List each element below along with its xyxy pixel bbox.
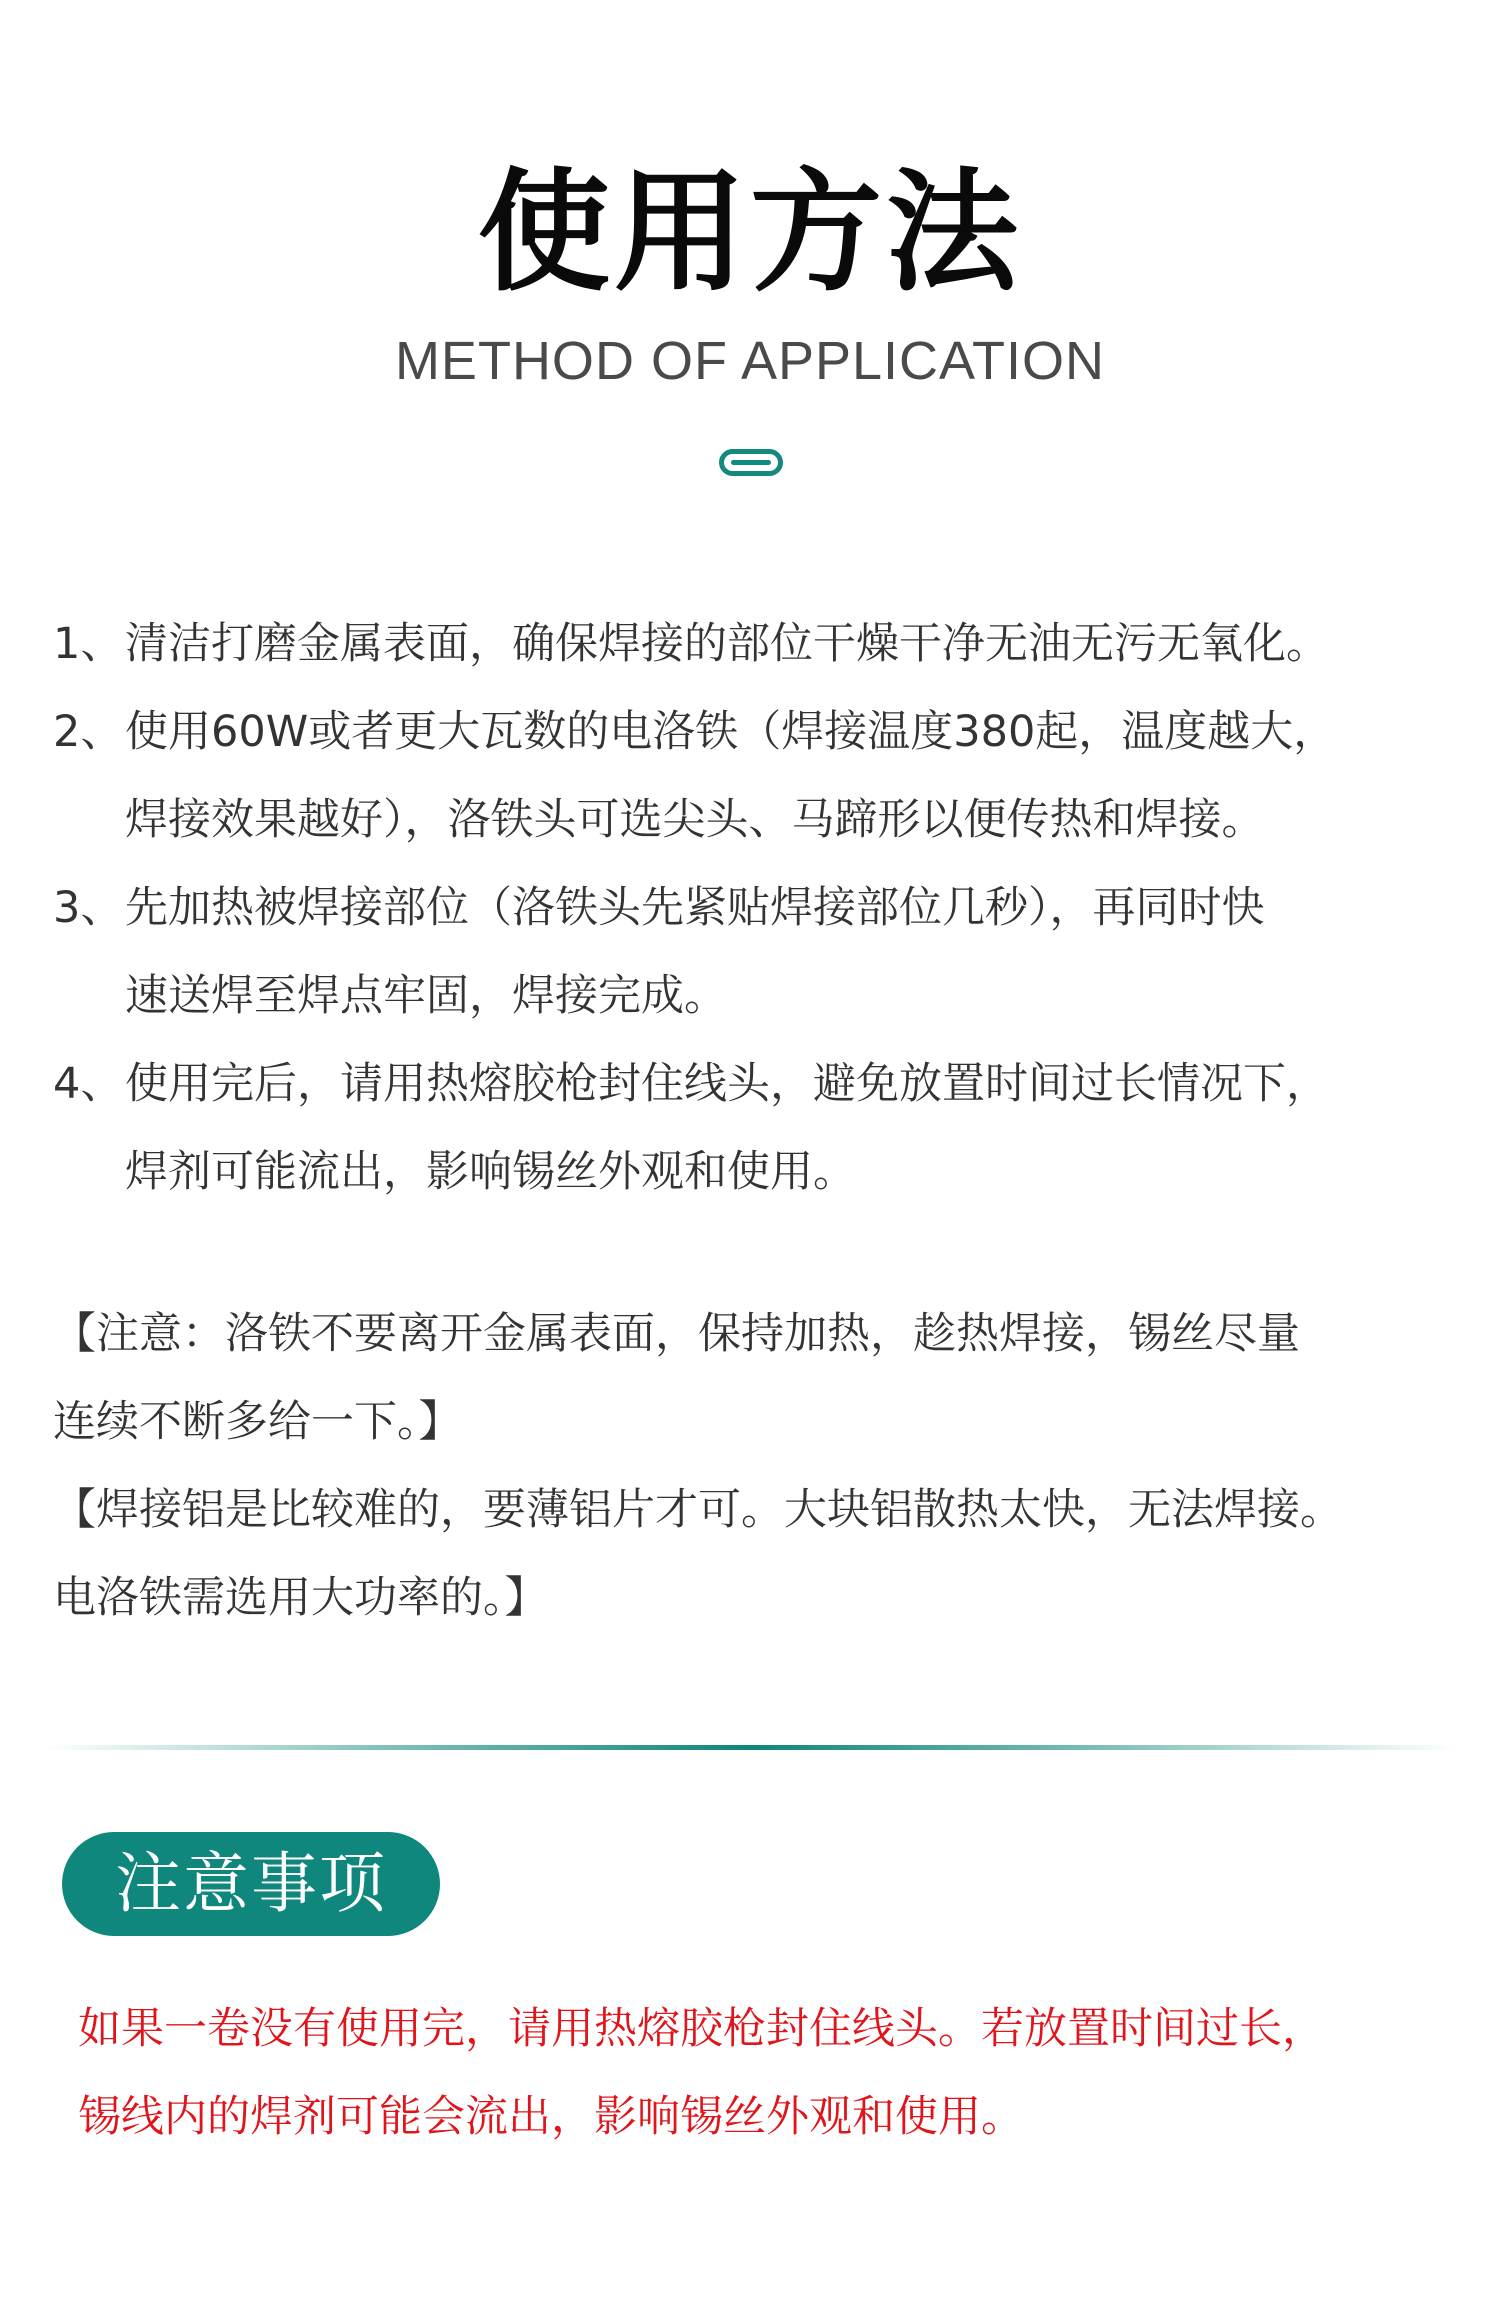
caution-line: 锡线内的焊剂可能会流出，影响锡丝外观和使用。 xyxy=(78,2073,1478,2161)
step-text: 使用完后，请用热熔胶枪封住线头，避免放置时间过长情况下， 焊剂可能流出，影响锡丝… xyxy=(125,1040,1473,1216)
caution-line: 如果一卷没有使用完，请用热熔胶枪封住线头。若放置时间过长， xyxy=(78,1985,1478,2073)
step-item: 3、 先加热被焊接部位（洛铁头先紧贴焊接部位几秒），再同时快 速送焊至焊点牢固，… xyxy=(53,864,1473,1040)
step-item: 2、 使用60W或者更大瓦数的电洛铁（焊接温度380起，温度越大， 焊接效果越好… xyxy=(53,688,1473,864)
step-item: 4、 使用完后，请用热熔胶枪封住线头，避免放置时间过长情况下， 焊剂可能流出，影… xyxy=(53,1040,1473,1216)
caution-text: 如果一卷没有使用完，请用热熔胶枪封住线头。若放置时间过长， 锡线内的焊剂可能会流… xyxy=(78,1985,1478,2161)
caution-badge: 注意事项 xyxy=(62,1832,440,1936)
notes-block: 【注意：洛铁不要离开金属表面，保持加热，趁热焊接，锡丝尽量 连续不断多给一下。】… xyxy=(53,1290,1473,1642)
step-line: 清洁打磨金属表面，确保焊接的部位干燥干净无油无污无氧化。 xyxy=(125,600,1473,688)
note-line: 【焊接铝是比较难的，要薄铝片才可。大块铝散热太快，无法焊接。 xyxy=(53,1466,1473,1554)
step-text: 清洁打磨金属表面，确保焊接的部位干燥干净无油无污无氧化。 xyxy=(125,600,1473,688)
page-subtitle: METHOD OF APPLICATION xyxy=(0,330,1500,392)
step-number: 4、 xyxy=(53,1040,125,1216)
section-divider xyxy=(45,1745,1455,1750)
step-line: 速送焊至焊点牢固，焊接完成。 xyxy=(125,952,1473,1040)
step-text: 使用60W或者更大瓦数的电洛铁（焊接温度380起，温度越大， 焊接效果越好），洛… xyxy=(125,688,1473,864)
page-title: 使用方法 xyxy=(0,158,1500,308)
step-number: 3、 xyxy=(53,864,125,1040)
step-text: 先加热被焊接部位（洛铁头先紧贴焊接部位几秒），再同时快 速送焊至焊点牢固，焊接完… xyxy=(125,864,1473,1040)
step-line: 先加热被焊接部位（洛铁头先紧贴焊接部位几秒），再同时快 xyxy=(125,864,1473,952)
step-number: 2、 xyxy=(53,688,125,864)
note-line: 连续不断多给一下。】 xyxy=(53,1378,1473,1466)
note-line: 【注意：洛铁不要离开金属表面，保持加热，趁热焊接，锡丝尽量 xyxy=(53,1290,1473,1378)
steps-list: 1、 清洁打磨金属表面，确保焊接的部位干燥干净无油无污无氧化。 2、 使用60W… xyxy=(53,600,1473,1216)
step-line: 焊接效果越好），洛铁头可选尖头、马蹄形以便传热和焊接。 xyxy=(125,776,1473,864)
pill-divider-icon xyxy=(719,449,783,476)
step-item: 1、 清洁打磨金属表面，确保焊接的部位干燥干净无油无污无氧化。 xyxy=(53,600,1473,688)
note-line: 电洛铁需选用大功率的。】 xyxy=(53,1554,1473,1642)
step-line: 焊剂可能流出，影响锡丝外观和使用。 xyxy=(125,1128,1473,1216)
step-line: 使用60W或者更大瓦数的电洛铁（焊接温度380起，温度越大， xyxy=(125,688,1473,776)
step-line: 使用完后，请用热熔胶枪封住线头，避免放置时间过长情况下， xyxy=(125,1040,1473,1128)
step-number: 1、 xyxy=(53,600,125,688)
